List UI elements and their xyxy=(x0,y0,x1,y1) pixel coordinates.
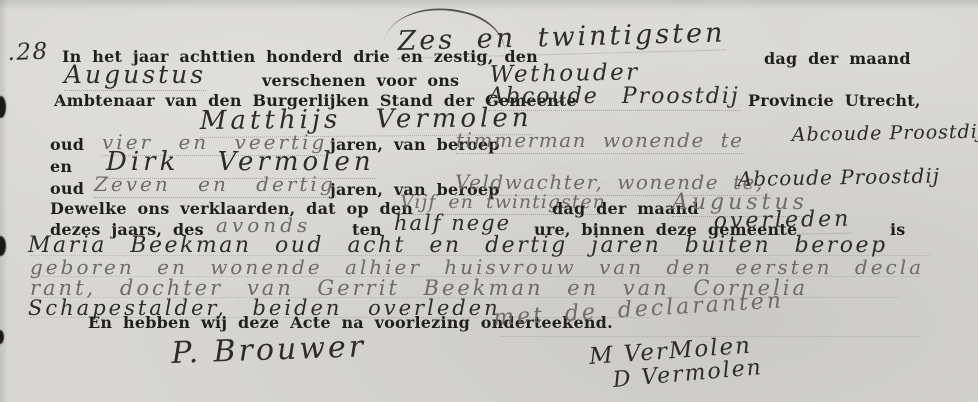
hw-overleden: overleden xyxy=(714,207,852,236)
printed-is: is xyxy=(890,220,906,239)
printed-en: en xyxy=(50,157,72,176)
printed-oud-1: oud xyxy=(50,135,84,154)
hw-declarant2-residence: Abcoude Proostdij xyxy=(738,163,941,191)
hw-declarant1-residence: Abcoude Proostdij xyxy=(792,121,978,146)
printed-day-label: dag der maand xyxy=(764,49,911,68)
printed-appeared: verschenen voor ons xyxy=(262,71,459,90)
hw-declarant2-age: Zeven en dertig xyxy=(94,172,336,198)
scan-artifact xyxy=(0,96,6,118)
death-certificate-scan: .28 In het jaar achttien honderd drie en… xyxy=(0,0,978,402)
hw-declarant1-occupation: timmerman wonende te xyxy=(456,128,744,154)
printed-province: Provincie Utrecht, xyxy=(748,91,921,110)
record-number: .28 xyxy=(7,39,49,66)
printed-oud-2: oud xyxy=(50,179,84,198)
signature-official: P. Brouwer xyxy=(171,329,367,371)
hw-month: Augustus xyxy=(64,60,206,91)
scan-artifact xyxy=(0,330,4,344)
hw-hour: half nege xyxy=(394,211,511,235)
scan-artifact xyxy=(0,236,6,256)
